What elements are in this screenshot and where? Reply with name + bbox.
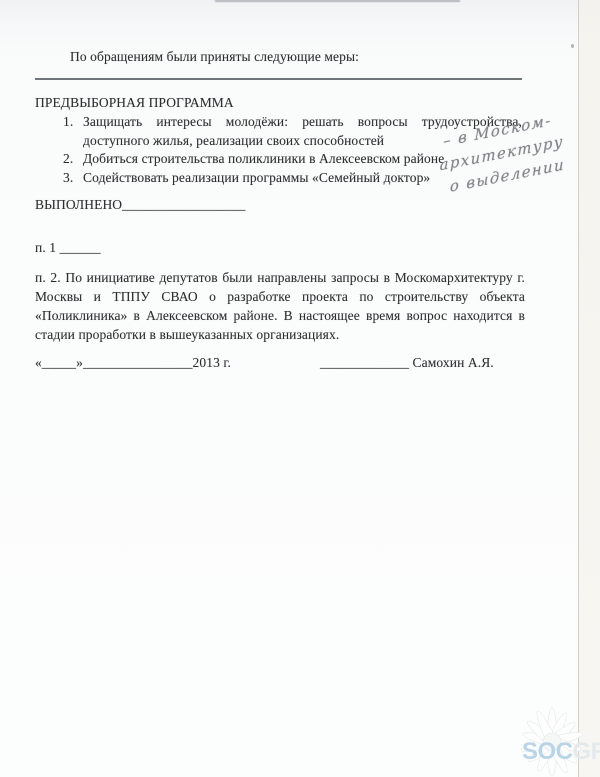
signature-block: _____________ Самохин А.Я.: [320, 355, 494, 371]
list-item-text: Содействовать реализации программы «Семе…: [83, 170, 430, 185]
list-item-number: 2.: [63, 150, 73, 169]
horizontal-rule: [35, 78, 522, 80]
done-line: ВЫПОЛНЕНО__________________: [35, 197, 245, 213]
list-item-text: Добиться строительства поликлиники в Але…: [83, 151, 444, 166]
intro-line: По обращениям были приняты следующие мер…: [35, 49, 522, 65]
list-item-number: 3.: [63, 169, 73, 188]
point1-line: п. 1 ______: [35, 240, 101, 256]
scan-top-artifact: [215, 0, 460, 2]
point1-underline: ______: [60, 240, 101, 255]
signature-name: Самохин А.Я.: [413, 355, 494, 370]
scan-speck: [571, 44, 574, 48]
done-underline: __________________: [122, 197, 245, 212]
scanned-document: По обращениям были приняты следующие мер…: [0, 0, 600, 777]
watermark-text-accent: SOC: [522, 738, 573, 765]
date-signature-row: «_____»________________2013 г. _________…: [35, 355, 555, 375]
point1-label: п. 1: [35, 240, 56, 255]
program-title: ПРЕДВЫБОРНАЯ ПРОГРАММА: [35, 95, 522, 111]
done-label: ВЫПОЛНЕНО: [35, 197, 122, 212]
signature-underline: _____________: [320, 355, 409, 370]
date-blank: «_____»________________2013 г.: [35, 355, 231, 371]
list-item-number: 1.: [63, 113, 73, 132]
point2-paragraph: п. 2. По инициативе депутатов были напра…: [35, 268, 525, 344]
